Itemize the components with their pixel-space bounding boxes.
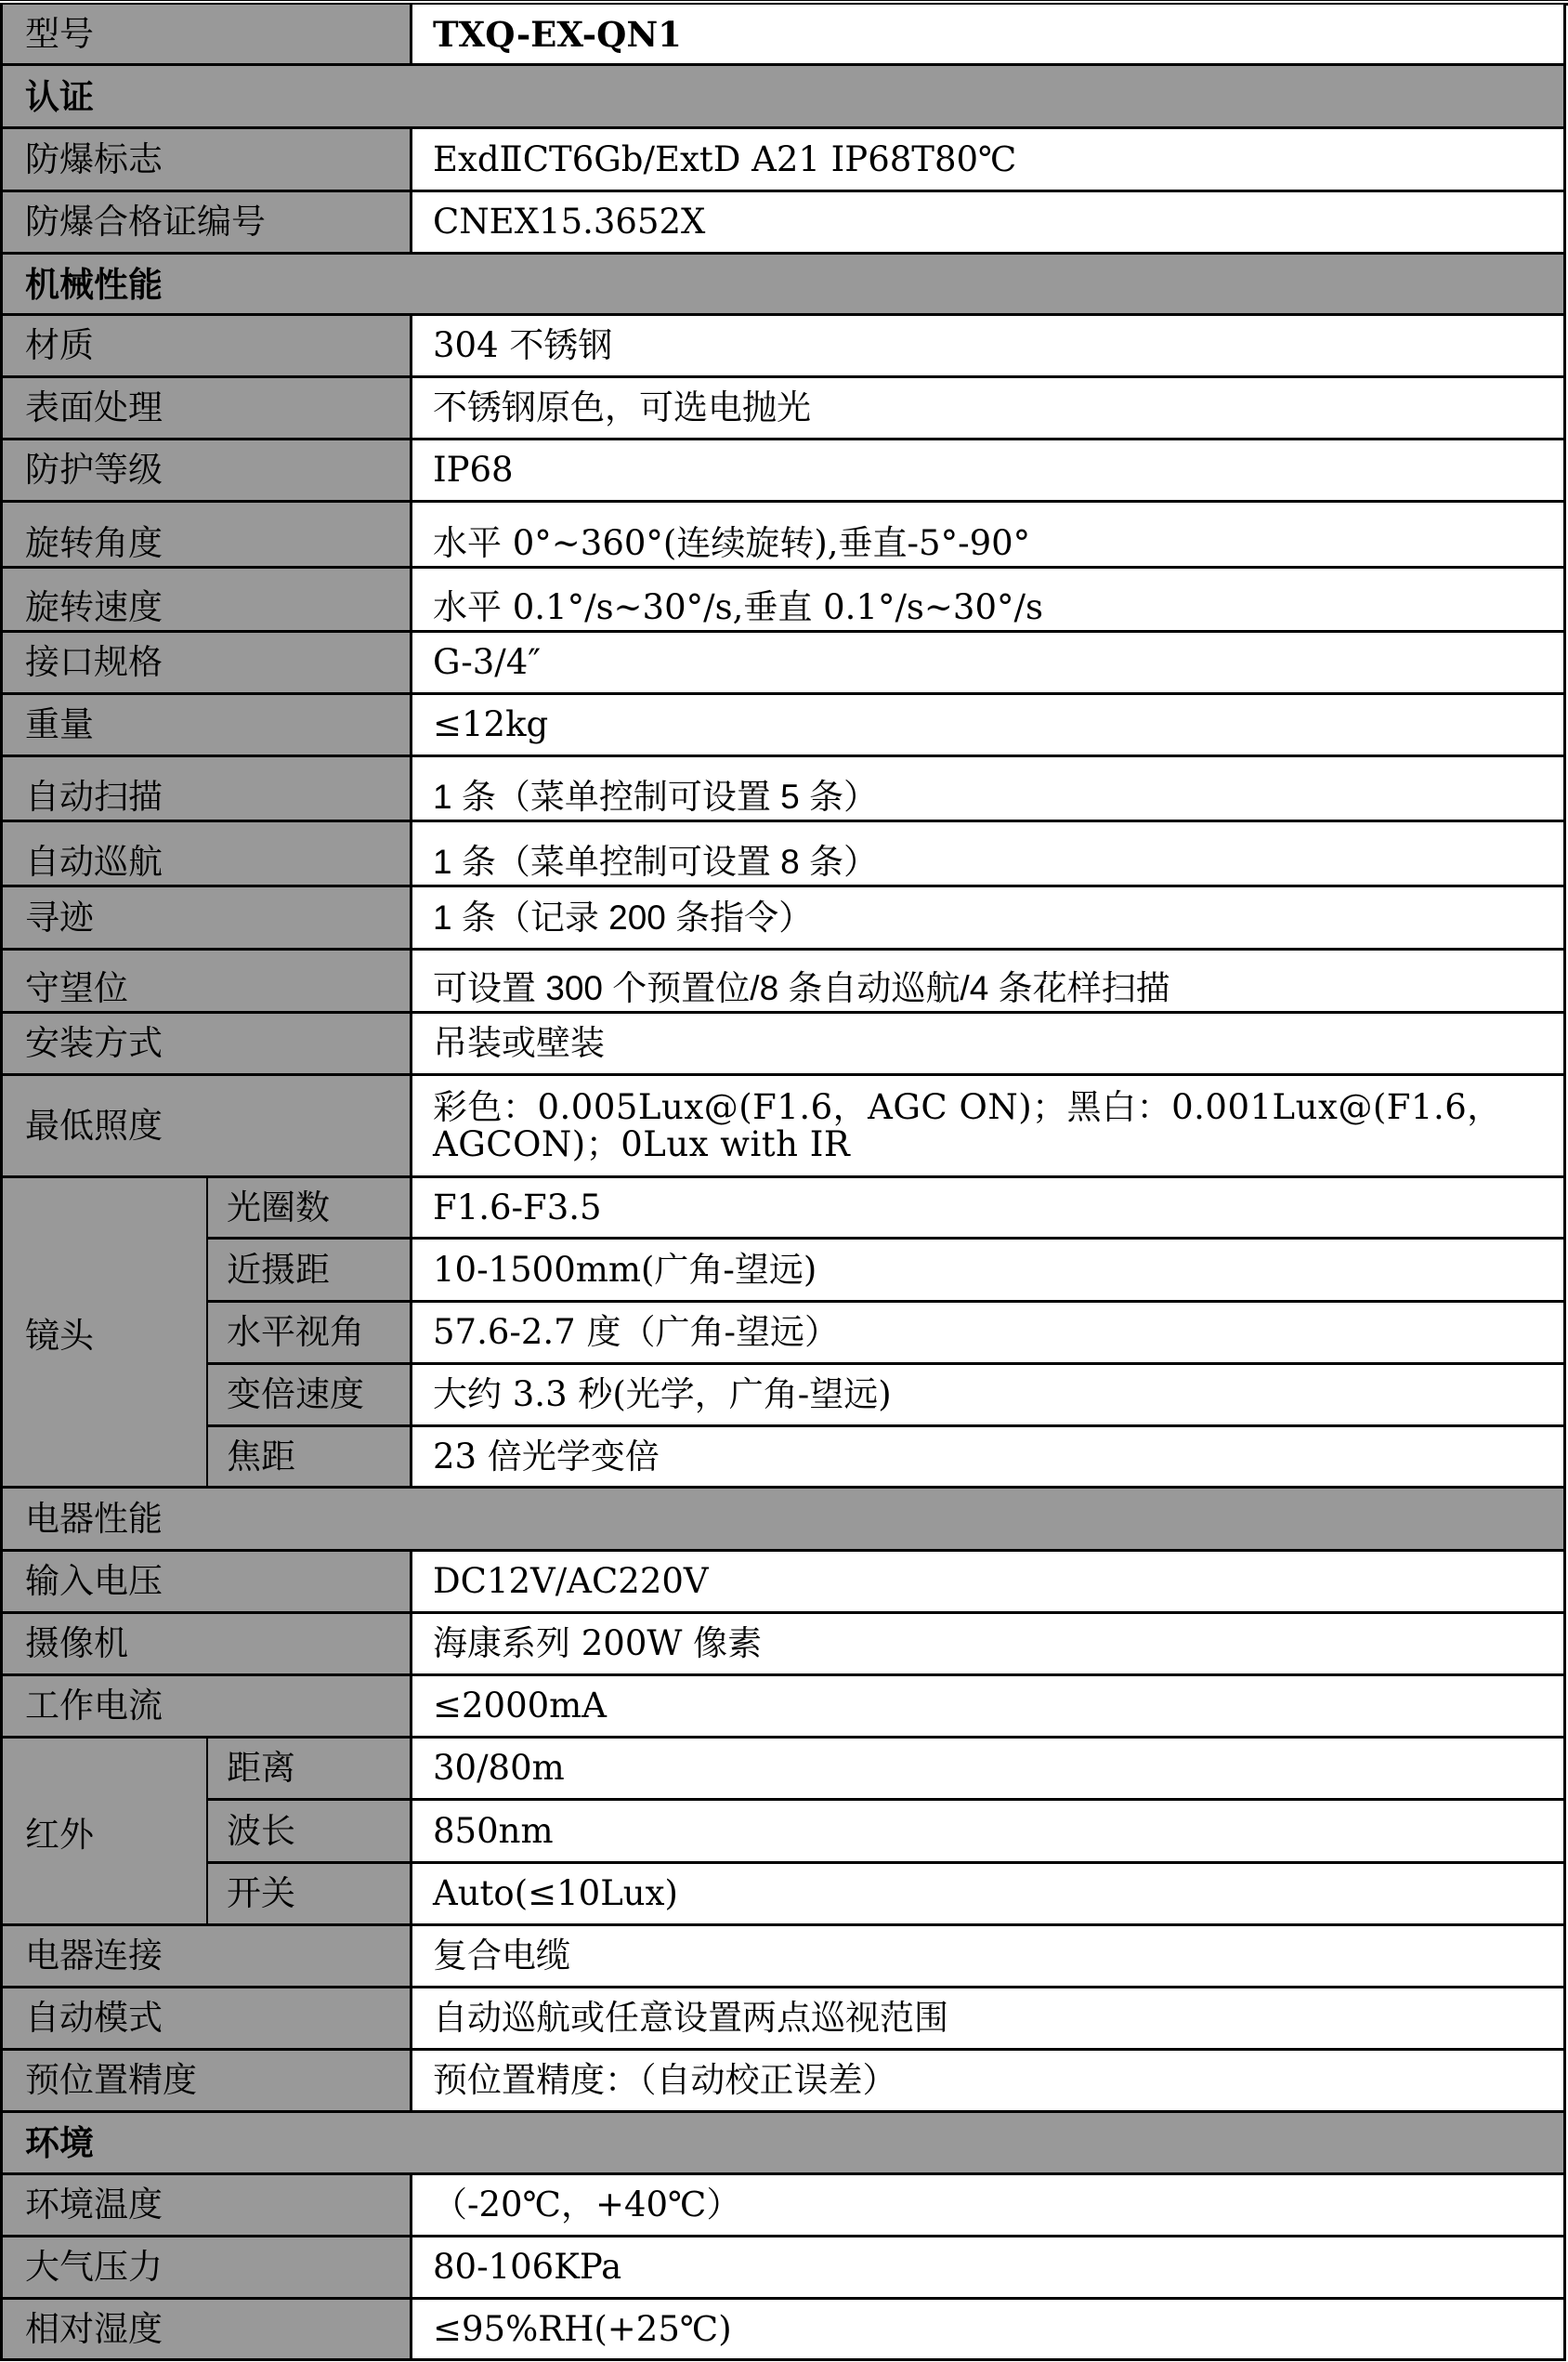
spec-row-air-pressure: 大气压力80-106KPa bbox=[0, 2237, 1566, 2300]
spec-value: 304 不锈钢 bbox=[412, 316, 1566, 375]
spec-label: 材质 bbox=[0, 316, 412, 375]
spec-row-weight: 重量≤12kg bbox=[0, 695, 1566, 757]
spec-label: 自动模式 bbox=[0, 1988, 412, 2048]
spec-label: 摄像机 bbox=[0, 1614, 412, 1673]
spec-value: 水平 0°~360°(连续旋转),垂直-5°-90° bbox=[412, 503, 1566, 566]
spec-value: 大约 3.3 秒(光学，广角-望远) bbox=[412, 1365, 1566, 1424]
spec-sublabel: 焦距 bbox=[206, 1427, 412, 1486]
spec-sublabel: 距离 bbox=[206, 1739, 412, 1798]
spec-label: 自动扫描 bbox=[0, 757, 412, 820]
spec-row-interface: 接口规格G-3/4″ bbox=[0, 633, 1566, 695]
spec-value: 23 倍光学变倍 bbox=[412, 1427, 1566, 1486]
spec-row-surface: 表面处理不锈钢原色，可选电抛光 bbox=[0, 378, 1566, 440]
group-label-lens: 镜头 bbox=[0, 1178, 206, 1489]
spec-value: 80-106KPa bbox=[412, 2237, 1566, 2297]
spec-label: 电器连接 bbox=[0, 1926, 412, 1986]
spec-value: （-20℃，+40℃） bbox=[412, 2175, 1566, 2235]
group-label-infrared: 红外 bbox=[0, 1739, 206, 1926]
spec-label: 工作电流 bbox=[0, 1676, 412, 1736]
spec-label: 防护等级 bbox=[0, 440, 412, 500]
spec-row-track: 寻迹1 条（记录 200 条指令） bbox=[0, 887, 1566, 951]
spec-label: 输入电压 bbox=[0, 1552, 412, 1611]
spec-row-input-voltage: 输入电压DC12V/AC220V bbox=[0, 1552, 1566, 1614]
spec-value: ExdⅡCT6Gb/ExtD A21 IP68T80℃ bbox=[412, 129, 1566, 190]
spec-row-environment: 环境 bbox=[0, 2113, 1566, 2175]
spec-label: 预位置精度 bbox=[0, 2051, 412, 2110]
spec-row-auto-scan: 自动扫描1 条（菜单控制可设置 5 条） bbox=[0, 757, 1566, 822]
spec-row-install: 安装方式吊装或壁装 bbox=[0, 1014, 1566, 1076]
section-header: 机械性能 bbox=[0, 255, 1566, 313]
section-header: 环境 bbox=[0, 2113, 1566, 2172]
spec-value: ≤12kg bbox=[412, 695, 1566, 755]
spec-value: CNEX15.3652X bbox=[412, 192, 1566, 252]
spec-label: 最低照度 bbox=[0, 1076, 412, 1175]
spec-row-lens-4: 焦距23 倍光学变倍 bbox=[206, 1427, 1566, 1489]
spec-value: 吊装或壁装 bbox=[412, 1014, 1566, 1073]
spec-value: TXQ-EX-QN1 bbox=[412, 5, 1566, 63]
spec-label: 表面处理 bbox=[0, 378, 412, 438]
spec-value: 1 条（记录 200 条指令） bbox=[412, 887, 1566, 948]
spec-value: 不锈钢原色，可选电抛光 bbox=[412, 378, 1566, 438]
spec-value: 30/80m bbox=[412, 1739, 1566, 1798]
spec-row-humidity: 相对湿度≤95%RH(+25℃) bbox=[0, 2300, 1566, 2361]
spec-label: 防爆标志 bbox=[0, 129, 412, 190]
spec-row-infrared-2: 开关Auto(≤10Lux) bbox=[206, 1864, 1566, 1926]
spec-row-ambient-temp: 环境温度（-20℃，+40℃） bbox=[0, 2175, 1566, 2237]
spec-sublabel: 近摄距 bbox=[206, 1240, 412, 1300]
spec-row-ex-mark: 防爆标志ExdⅡCT6Gb/ExtD A21 IP68T80℃ bbox=[0, 129, 1566, 192]
spec-row-lens-3: 变倍速度大约 3.3 秒(光学，广角-望远) bbox=[206, 1365, 1566, 1427]
spec-row-lens-1: 近摄距10-1500mm(广角-望远) bbox=[206, 1240, 1566, 1303]
spec-row-infrared-1: 波长850nm bbox=[206, 1801, 1566, 1864]
spec-row-electrical-connection: 电器连接复合电缆 bbox=[0, 1926, 1566, 1988]
spec-value: 57.6-2.7 度（广角-望远） bbox=[412, 1303, 1566, 1362]
spec-label: 安装方式 bbox=[0, 1014, 412, 1073]
spec-row-lens-0: 光圈数F1.6-F3.5 bbox=[206, 1178, 1566, 1240]
spec-sublabel: 光圈数 bbox=[206, 1178, 412, 1237]
spec-label: 型号 bbox=[0, 5, 412, 63]
spec-label: 大气压力 bbox=[0, 2237, 412, 2297]
spec-value: 1 条（菜单控制可设置 5 条） bbox=[412, 757, 1566, 820]
spec-value: 海康系列 200W 像素 bbox=[412, 1614, 1566, 1673]
spec-sublabel: 开关 bbox=[206, 1864, 412, 1923]
spec-row-auto-mode: 自动模式自动巡航或任意设置两点巡视范围 bbox=[0, 1988, 1566, 2051]
spec-value: IP68 bbox=[412, 440, 1566, 500]
spec-value: 自动巡航或任意设置两点巡视范围 bbox=[412, 1988, 1566, 2048]
section-header: 电器性能 bbox=[0, 1489, 1566, 1549]
spec-label: 旋转角度 bbox=[0, 503, 412, 566]
spec-value: ≤95%RH(+25℃) bbox=[412, 2300, 1566, 2358]
spec-value: G-3/4″ bbox=[412, 633, 1566, 692]
spec-row-lens-2: 水平视角57.6-2.7 度（广角-望远） bbox=[206, 1303, 1566, 1365]
spec-sublabel: 变倍速度 bbox=[206, 1365, 412, 1424]
spec-value: Auto(≤10Lux) bbox=[412, 1864, 1566, 1923]
spec-value: ≤2000mA bbox=[412, 1676, 1566, 1736]
spec-value: 可设置 300 个预置位/8 条自动巡航/4 条花样扫描 bbox=[412, 951, 1566, 1011]
spec-row-infrared-0: 距离30/80m bbox=[206, 1739, 1566, 1801]
spec-value: 850nm bbox=[412, 1801, 1566, 1861]
spec-sublabel: 波长 bbox=[206, 1801, 412, 1861]
spec-sublabel: 水平视角 bbox=[206, 1303, 412, 1362]
top-rule-thin bbox=[0, 0, 1568, 1]
spec-row-camera: 摄像机海康系列 200W 像素 bbox=[0, 1614, 1566, 1676]
spec-row-cert: 认证 bbox=[0, 66, 1566, 129]
spec-row-watch-position: 守望位可设置 300 个预置位/8 条自动巡航/4 条花样扫描 bbox=[0, 951, 1566, 1014]
spec-row-min-illumination: 最低照度彩色：0.005Lux@(F1.6，AGC ON)；黑白：0.001Lu… bbox=[0, 1076, 1566, 1178]
spec-row-mechanical: 机械性能 bbox=[0, 255, 1566, 316]
spec-label: 寻迹 bbox=[0, 887, 412, 948]
spec-value: 预位置精度：（自动校正误差） bbox=[412, 2051, 1566, 2110]
spec-row-material: 材质304 不锈钢 bbox=[0, 316, 1566, 378]
spec-row-electrical: 电器性能 bbox=[0, 1489, 1566, 1552]
spec-label: 重量 bbox=[0, 695, 412, 755]
section-header: 认证 bbox=[0, 66, 1566, 126]
spec-label: 旋转速度 bbox=[0, 569, 412, 630]
spec-value: 复合电缆 bbox=[412, 1926, 1566, 1986]
spec-row-ex-cert-no: 防爆合格证编号CNEX15.3652X bbox=[0, 192, 1566, 255]
spec-value: F1.6-F3.5 bbox=[412, 1178, 1566, 1237]
spec-label: 环境温度 bbox=[0, 2175, 412, 2235]
spec-row-auto-cruise: 自动巡航1 条（菜单控制可设置 8 条） bbox=[0, 822, 1566, 887]
spec-label: 守望位 bbox=[0, 951, 412, 1011]
spec-value: 水平 0.1°/s~30°/s,垂直 0.1°/s~30°/s bbox=[412, 569, 1566, 630]
spec-row-rotation-speed: 旋转速度水平 0.1°/s~30°/s,垂直 0.1°/s~30°/s bbox=[0, 569, 1566, 633]
spec-label: 防爆合格证编号 bbox=[0, 192, 412, 252]
spec-label: 相对湿度 bbox=[0, 2300, 412, 2358]
spec-value: 10-1500mm(广角-望远) bbox=[412, 1240, 1566, 1300]
spec-label: 接口规格 bbox=[0, 633, 412, 692]
spec-value: 1 条（菜单控制可设置 8 条） bbox=[412, 822, 1566, 885]
spec-row-protection: 防护等级IP68 bbox=[0, 440, 1566, 503]
spec-row-rotation-angle: 旋转角度水平 0°~360°(连续旋转),垂直-5°-90° bbox=[0, 503, 1566, 569]
spec-row-preset-accuracy: 预位置精度预位置精度：（自动校正误差） bbox=[0, 2051, 1566, 2113]
spec-label: 自动巡航 bbox=[0, 822, 412, 885]
spec-row-working-current: 工作电流≤2000mA bbox=[0, 1676, 1566, 1739]
spec-value: 彩色：0.005Lux@(F1.6，AGC ON)；黑白：0.001Lux@(F… bbox=[412, 1076, 1566, 1175]
spec-row-model: 型号TXQ-EX-QN1 bbox=[0, 5, 1566, 66]
spec-value: DC12V/AC220V bbox=[412, 1552, 1566, 1611]
